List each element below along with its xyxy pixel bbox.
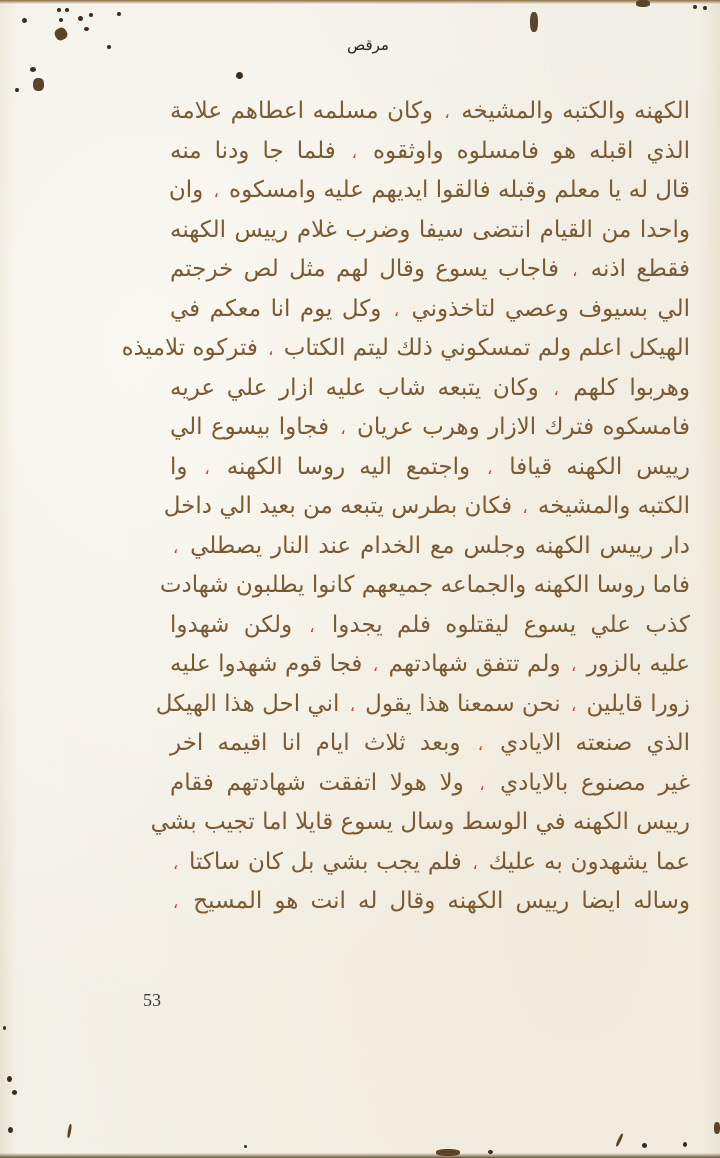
text-line: الذي صنعته الايادي ، وبعد ثلاث ايام انا … — [170, 724, 690, 764]
wormhole-spot — [89, 13, 93, 17]
wormhole-spot — [3, 1026, 6, 1030]
manuscript-text-block: الكهنه والكتبه والمشيخه ، وكان مسلمه اعط… — [170, 92, 690, 922]
wormhole-spot — [714, 1122, 720, 1134]
rubric-separator: ، — [475, 735, 486, 754]
rubric-separator: ، — [306, 617, 317, 636]
rubric-separator: ، — [442, 103, 453, 122]
rubric-separator: ، — [211, 182, 222, 201]
wormhole-spot — [693, 5, 697, 9]
rubric-separator: ، — [568, 656, 579, 675]
text-line: عليه بالزور ، ولم تتفق شهادتهم ، فجا قوم… — [170, 645, 690, 685]
wormhole-spot — [8, 1127, 13, 1133]
wormhole-spot — [22, 18, 27, 23]
wormhole-spot — [57, 8, 61, 12]
wormhole-spot — [530, 12, 538, 32]
text-line: فامسكوه فترك الازار وهرب عريان ، فجاوا ب… — [170, 408, 690, 448]
rubric-separator: ، — [347, 696, 358, 715]
text-line: وساله ايضا رييس الكهنه وقال له انت هو ال… — [170, 882, 690, 922]
text-line: دار رييس الكهنه وجلس مع الخدام عند النار… — [170, 527, 690, 567]
wormhole-spot — [683, 1142, 687, 1147]
rubric-separator: ، — [170, 538, 181, 557]
rubric-separator: ، — [476, 775, 487, 794]
text-line: واحدا من القيام انتضى سيفا وضرب غلام ريي… — [170, 211, 690, 251]
wormhole-spot — [244, 1145, 247, 1148]
text-line: الكهنه والكتبه والمشيخه ، وكان مسلمه اعط… — [170, 92, 690, 132]
wormhole-spot — [615, 1133, 624, 1147]
rubric-separator: ، — [470, 854, 481, 873]
page-header: مرقص — [0, 36, 720, 54]
wormhole-spot — [636, 0, 650, 7]
wormhole-spot — [703, 6, 707, 10]
wormhole-spot — [7, 1076, 12, 1082]
text-line: فاما روسا الكهنه والجماعه جميعهم كانوا ي… — [170, 566, 690, 606]
wormhole-spot — [117, 12, 121, 16]
manuscript-page: مرقص الكهنه والكتبه والمشيخه ، وكان مسلم… — [0, 0, 720, 1158]
wormhole-spot — [236, 72, 243, 79]
folio-number: 53 — [143, 990, 161, 1011]
wormhole-spot — [33, 78, 44, 91]
rubric-separator: ، — [568, 696, 579, 715]
rubric-separator: ، — [550, 380, 561, 399]
wormhole-spot — [30, 67, 36, 72]
wormhole-spot — [59, 18, 63, 22]
wormhole-spot — [67, 1124, 72, 1138]
wormhole-spot — [12, 1090, 17, 1095]
text-line: رييس الكهنه في الوسط وسال يسوع قايلا اما… — [170, 803, 690, 843]
text-line: كذب علي يسوع ليقتلوه فلم يجدوا ، ولكن شه… — [170, 606, 690, 646]
wormhole-spot — [15, 88, 19, 92]
text-line: قال له يا معلم وقبله فالقوا ايديهم عليه … — [170, 171, 690, 211]
text-line: الذي اقبله هو فامسلوه واوثقوه ، فلما جا … — [170, 132, 690, 172]
text-line: زورا قايلين ، نحن سمعنا هذا يقول ، اني ا… — [170, 685, 690, 725]
text-line: الكتبه والمشيخه ، فكان بطرس يتبعه من بعي… — [170, 487, 690, 527]
rubric-separator: ، — [349, 143, 360, 162]
wormhole-spot — [642, 1143, 647, 1148]
rubric-separator: ، — [519, 498, 530, 517]
text-line: الهيكل اعلم ولم تمسكوني ذلك ليتم الكتاب … — [170, 329, 690, 369]
text-line: فقطع اذنه ، فاجاب يسوع وقال لهم مثل لص خ… — [170, 250, 690, 290]
rubric-separator: ، — [202, 459, 213, 478]
rubric-separator: ، — [391, 301, 402, 320]
wormhole-spot — [84, 27, 89, 31]
page-bottom-edge — [0, 1153, 720, 1158]
rubric-separator: ، — [484, 459, 495, 478]
page-top-edge — [0, 0, 720, 4]
text-line: عما يشهدون به عليك ، فلم يجب بشي بل كان … — [170, 843, 690, 883]
wormhole-spot — [65, 8, 69, 12]
rubric-separator: ، — [338, 419, 349, 438]
wormhole-spot — [436, 1149, 460, 1156]
rubric-separator: ، — [370, 656, 381, 675]
text-line: الي بسيوف وعصي لتاخذوني ، وكل يوم انا مع… — [170, 290, 690, 330]
wormhole-spot — [78, 16, 83, 21]
header-title: مرقص — [347, 36, 389, 54]
text-line: وهربوا كلهم ، وكان يتبعه شاب عليه ازار ع… — [170, 369, 690, 409]
rubric-separator: ، — [265, 340, 276, 359]
rubric-separator: ، — [170, 854, 181, 873]
text-line: غير مصنوع بالايادي ، ولا هولا اتفقت شهاد… — [170, 764, 690, 804]
text-line: رييس الكهنه قيافا ، واجتمع اليه روسا الك… — [170, 448, 690, 488]
wormhole-spot — [488, 1150, 493, 1154]
rubric-separator: ، — [170, 893, 181, 912]
rubric-separator: ، — [569, 261, 580, 280]
